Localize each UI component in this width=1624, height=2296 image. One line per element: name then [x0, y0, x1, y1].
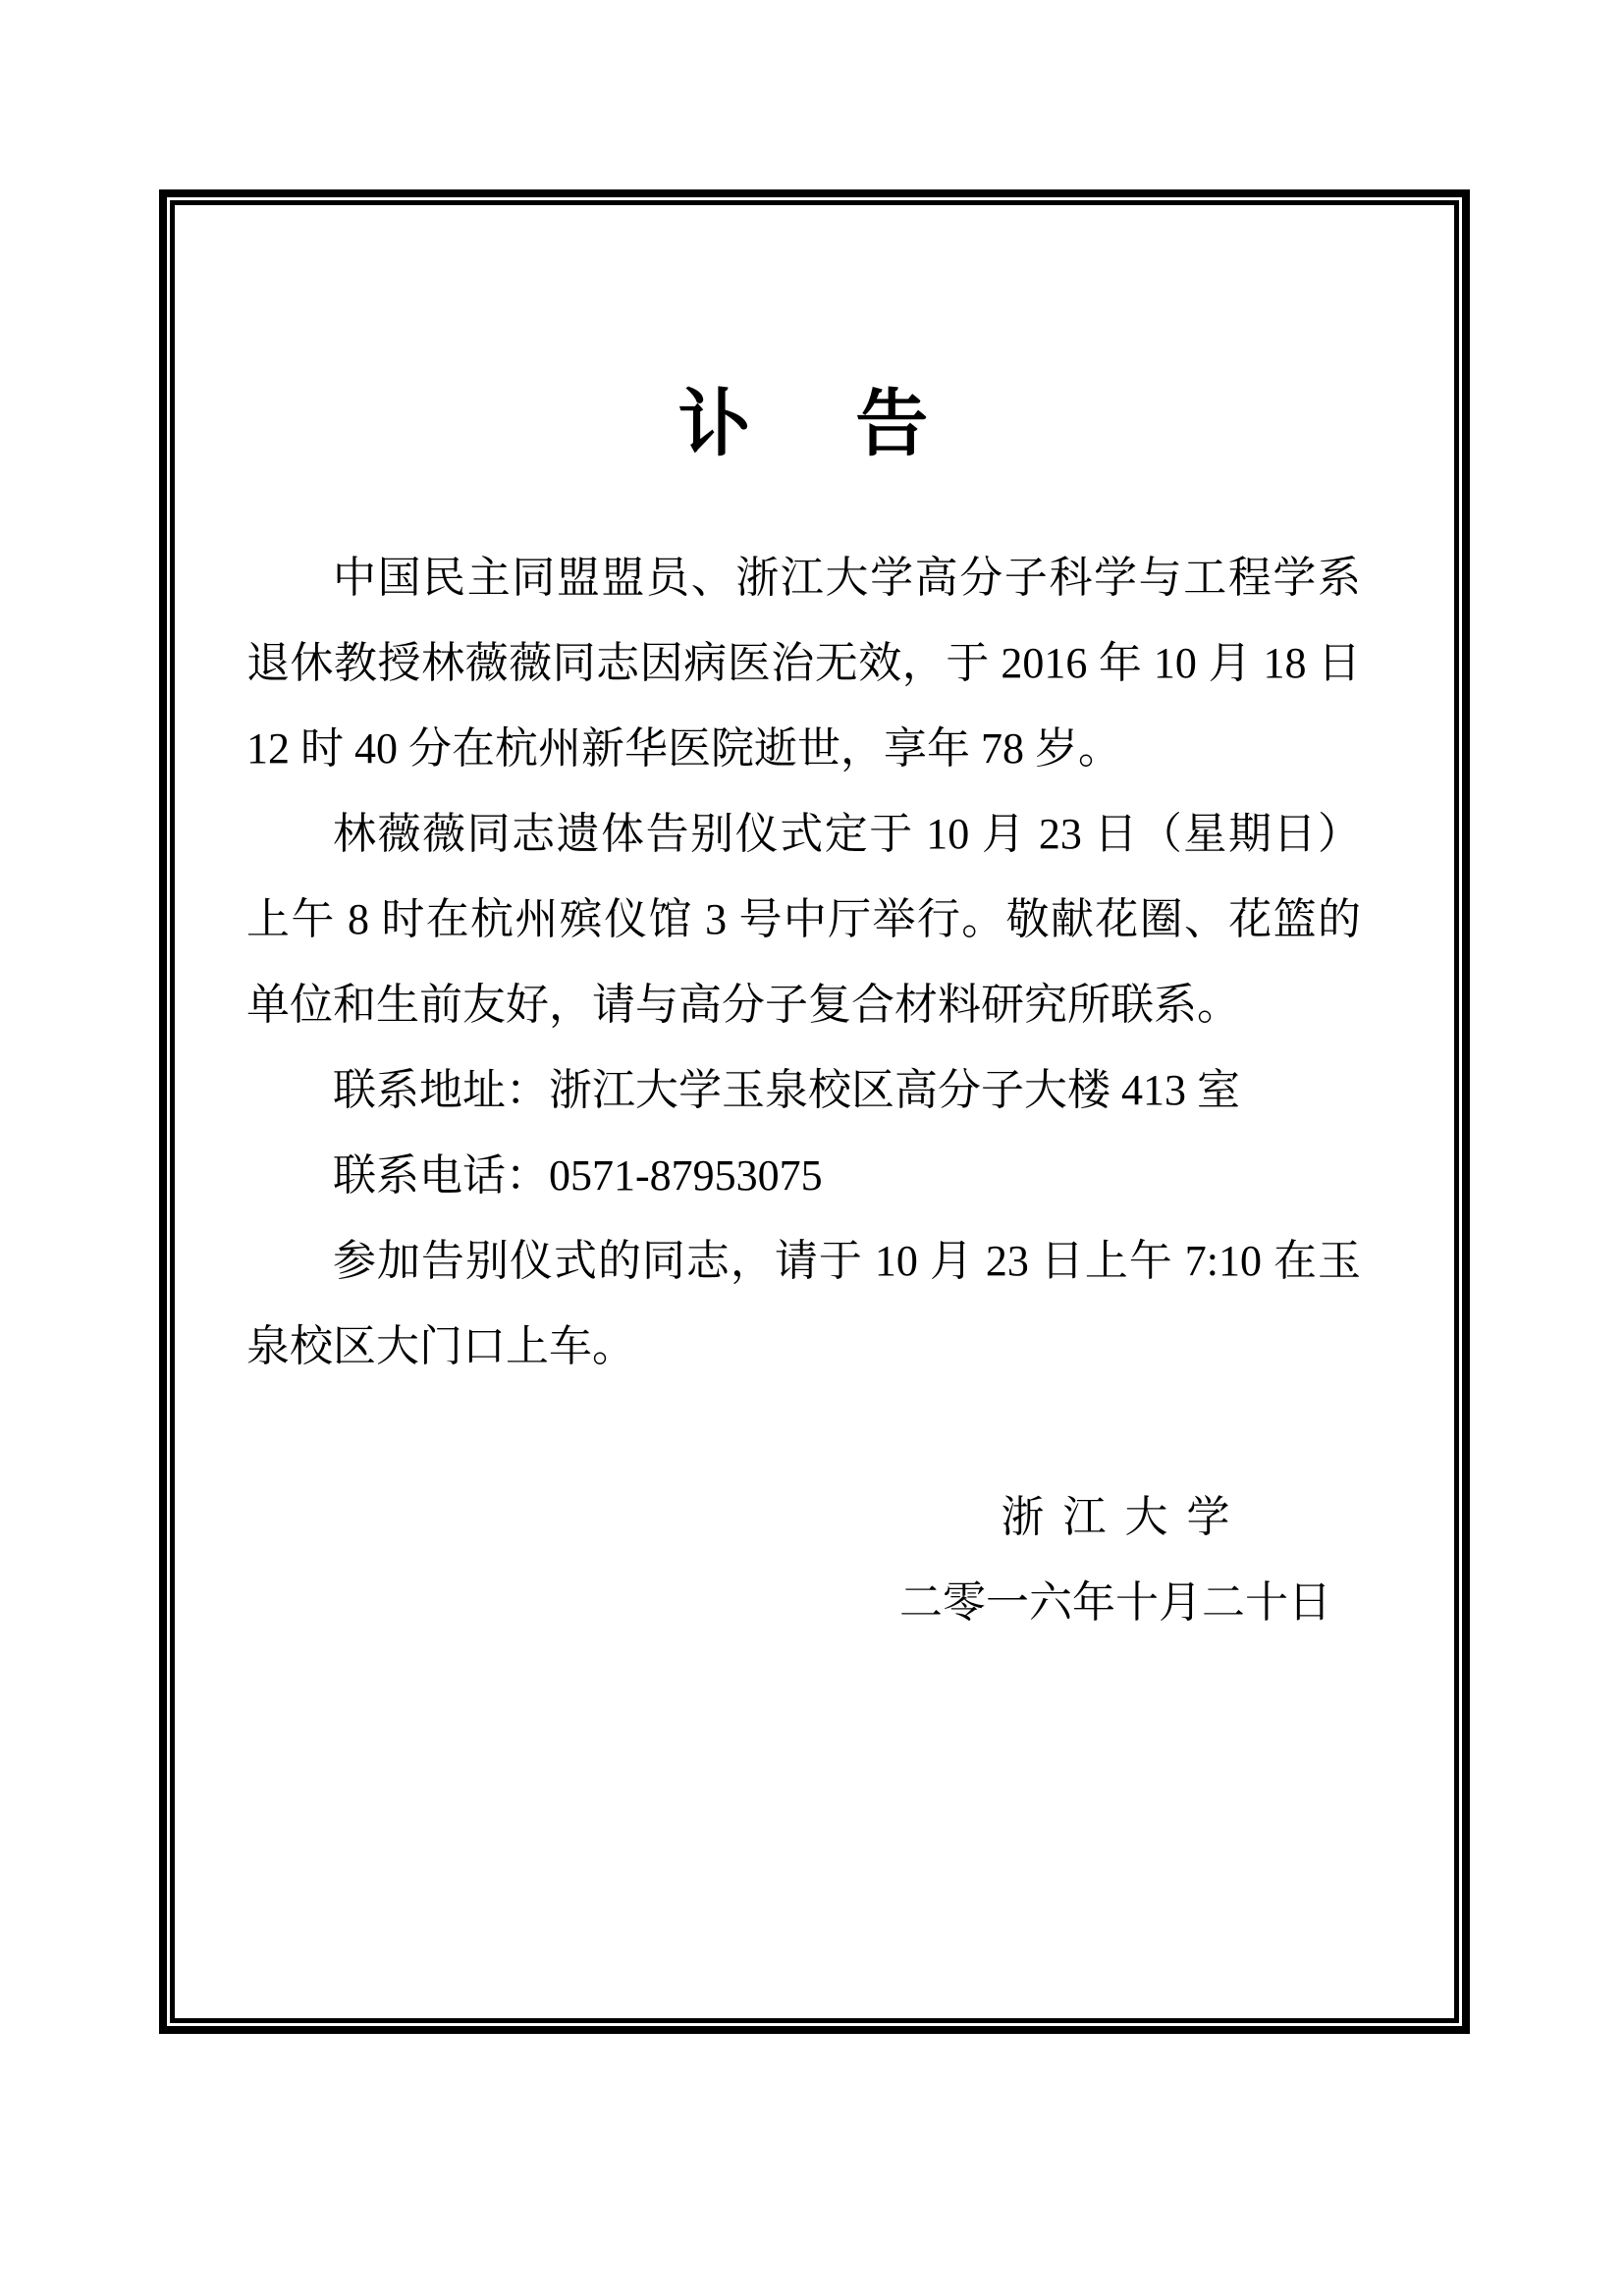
notice-title: 讣 告: [246, 380, 1361, 468]
signature-date: 二零一六年十月二十日: [870, 1560, 1361, 1645]
notice-body: 中国民主同盟盟员、浙江大学高分子科学与工程学系退休教授林薇薇同志因病医治无效，于…: [246, 535, 1361, 1389]
paragraph-farewell-ceremony: 林薇薇同志遗体告别仪式定于 10 月 23 日（星期日）上午 8 时在杭州殡仪馆…: [246, 791, 1361, 1047]
inner-border: 讣 告 中国民主同盟盟员、浙江大学高分子科学与工程学系退休教授林薇薇同志因病医治…: [170, 200, 1459, 2023]
paragraph-shuttle-info: 参加告别仪式的同志，请于 10 月 23 日上午 7:10 在玉泉校区大门口上车…: [246, 1218, 1361, 1389]
document-page: 讣 告 中国民主同盟盟员、浙江大学高分子科学与工程学系退休教授林薇薇同志因病医治…: [0, 0, 1624, 2296]
line-contact-phone: 联系电话：0571-87953075: [246, 1133, 1361, 1218]
signatory-name: 浙 江 大 学: [870, 1474, 1361, 1560]
line-contact-address: 联系地址：浙江大学玉泉校区高分子大楼 413 室: [246, 1047, 1361, 1133]
double-rule-border-frame: 讣 告 中国民主同盟盟员、浙江大学高分子科学与工程学系退休教授林薇薇同志因病医治…: [159, 189, 1470, 2034]
paragraph-death-announcement: 中国民主同盟盟员、浙江大学高分子科学与工程学系退休教授林薇薇同志因病医治无效，于…: [246, 535, 1361, 791]
signature-block: 浙 江 大 学 二零一六年十月二十日: [870, 1474, 1361, 1645]
